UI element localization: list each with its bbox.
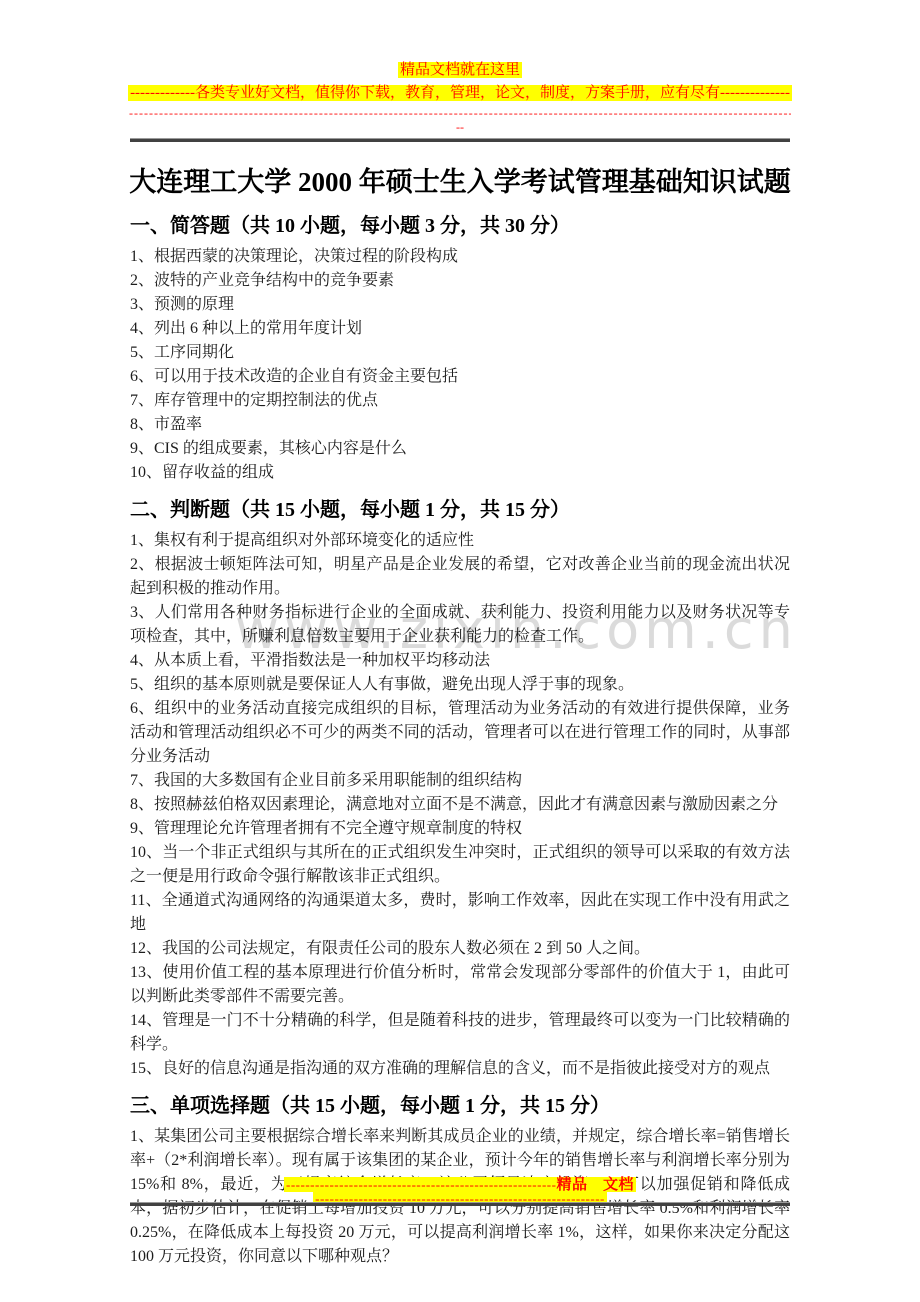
footer-dashes: ----------------------------------------… [286, 1177, 556, 1192]
question-item: 9、管理理论允许管理者拥有不完全遵守规章制度的特权 [130, 817, 790, 841]
question-item: 9、CIS 的组成要素，其核心内容是什么 [130, 437, 790, 461]
question-item: 14、管理是一门不十分精确的科学，但是随着科技的进步，管理最终可以变为一门比较精… [130, 1009, 790, 1057]
question-item: 13、使用价值工程的基本原理进行价值分析时，常常会发现部分零部件的价值大于 1，… [130, 961, 790, 1009]
question-item: 7、我国的大多数国有企业目前多采用职能制的组织结构 [130, 769, 790, 793]
question-list: 1、根据西蒙的决策理论，决策过程的阶段构成 2、波特的产业竞争结构中的竞争要素 … [130, 245, 790, 485]
question-item: 6、可以用于技术改造的企业自有资金主要包括 [130, 365, 790, 389]
question-item: 3、预测的原理 [130, 293, 790, 317]
promo-header: 精品文档就在这里 -------------各类专业好文档，值得你下载，教育，管… [0, 0, 920, 142]
question-item: 2、波特的产业竞争结构中的竞争要素 [130, 269, 790, 293]
promo-header-line1: 精品文档就在这里 [0, 60, 920, 80]
promo-header-line2-text: -------------各类专业好文档，值得你下载，教育，管理，论文，制度，方… [128, 85, 792, 101]
section-true-false: 二、判断题（共 15 小题，每小题 1 分，共 15 分） 1、集权有利于提高组… [0, 496, 920, 1081]
question-item: 7、库存管理中的定期控制法的优点 [130, 389, 790, 413]
red-dashed-separator-short: -- [0, 121, 920, 134]
question-item: 3、人们常用各种财务指标进行企业的全面成就、获利能力、投资利用能力以及财务状况等… [130, 601, 790, 649]
question-item: 11、全通道式沟通网络的沟通渠道太多，费时，影响工作效率，因此在实现工作中没有用… [130, 889, 790, 937]
section-heading-multiple-choice: 三、单项选择题（共 15 小题，每小题 1 分，共 15 分） [130, 1092, 790, 1120]
question-item: 10、当一个非正式组织与其所在的正式组织发生冲突时，正式组织的领导可以采取的有效… [130, 841, 790, 889]
question-item: 8、按照赫兹伯格双因素理论，满意地对立面不是不满意，因此才有满意因素与激励因素之… [130, 793, 790, 817]
promo-header-line2: -------------各类专业好文档，值得你下载，教育，管理，论文，制度，方… [0, 83, 920, 103]
section-heading-short-answer: 一、简答题（共 10 小题，每小题 3 分，共 30 分） [130, 212, 790, 240]
document-page: www.zixin.com.cn 精品文档就在这里 -------------各… [0, 0, 920, 1302]
question-item: 1、集权有利于提高组织对外部环境变化的适应性 [130, 529, 790, 553]
section-short-answer: 一、简答题（共 10 小题，每小题 3 分，共 30 分） 1、根据西蒙的决策理… [0, 212, 920, 485]
header-rule [130, 138, 790, 142]
question-item: 15、良好的信息沟通是指沟通的双方准确的理解信息的含义，而不是指彼此接受对方的观… [130, 1057, 790, 1081]
red-dashed-separator: ----------------------------------------… [129, 107, 791, 119]
question-item: 12、我国的公司法规定，有限责任公司的股东人数必须在 2 到 50 人之间。 [130, 937, 790, 961]
question-item: 10、留存收益的组成 [130, 461, 790, 485]
promo-header-line1-text: 精品文档就在这里 [398, 62, 522, 78]
section-heading-true-false: 二、判断题（共 15 小题，每小题 1 分，共 15 分） [130, 496, 790, 524]
question-item: 1、根据西蒙的决策理论，决策过程的阶段构成 [130, 245, 790, 269]
promo-footer-line1: ----------------------------------------… [0, 1178, 920, 1192]
question-item: 4、列出 6 种以上的常用年度计划 [130, 317, 790, 341]
question-item: 5、工序同期化 [130, 341, 790, 365]
question-item: 6、组织中的业务活动直接完成组织的目标，管理活动为业务活动的有效进行提供保障，业… [130, 697, 790, 769]
footer-rule [130, 1202, 790, 1206]
page-title: 大连理工大学 2000 年硕士生入学考试管理基础知识试题 [128, 164, 792, 201]
promo-footer-line1-text: ----------------------------------------… [284, 1177, 636, 1192]
question-item: 8、市盈率 [130, 413, 790, 437]
question-item: 5、组织的基本原则就是要保证人人有事做，避免出现人浮于事的现象。 [130, 673, 790, 697]
question-item: 4、从本质上看，平滑指数法是一种加权平均移动法 [130, 649, 790, 673]
question-item: 2、根据波士顿矩阵法可知，明星产品是企业发展的希望，它对改善企业当前的现金流出状… [130, 553, 790, 601]
question-list: 1、集权有利于提高组织对外部环境变化的适应性 2、根据波士顿矩阵法可知，明星产品… [130, 529, 790, 1081]
